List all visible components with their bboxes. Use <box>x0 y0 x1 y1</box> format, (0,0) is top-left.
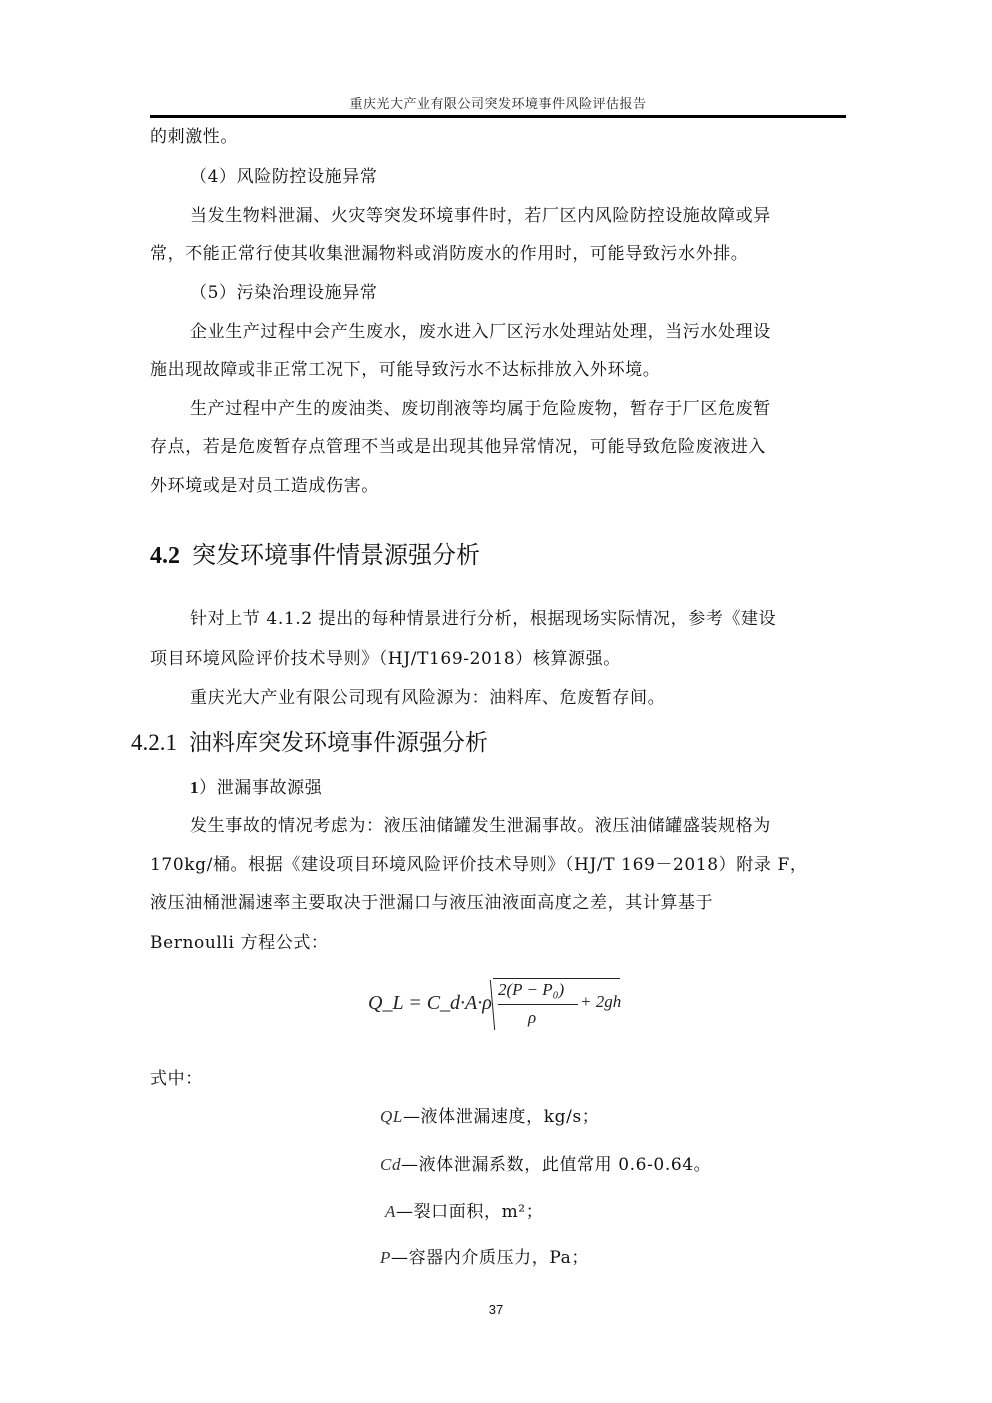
formula-tail: + 2gh <box>580 992 621 1012</box>
section-number: 4.2 <box>150 543 180 569</box>
sqrt-bar <box>493 978 620 979</box>
definition-text: —液体泄漏系数，此值常用 0.6-0.64。 <box>401 1155 711 1175</box>
item-5-paragraph1-line2: 施出现故障或非正常工况下，可能导致污水不达标排放入外环境。 <box>150 355 660 380</box>
section-title: 突发环境事件情景源强分析 <box>192 541 480 569</box>
fraction-bar <box>498 1004 578 1005</box>
subsection-title: 油料库突发环境事件源强分析 <box>189 730 488 756</box>
formula-lhs: Q_L = C_d·A·ρ <box>368 992 492 1015</box>
definition-Cd: Cd—液体泄漏系数，此值常用 0.6-0.64。 <box>380 1150 711 1175</box>
sub-item-label: ）泄漏事故源强 <box>199 778 322 798</box>
sub-item-number: 1 <box>190 778 199 797</box>
item-4-paragraph-line1: 当发生物料泄漏、火灾等突发环境事件时，若厂区内风险防控设施故障或异 <box>190 201 771 226</box>
definition-symbol: P <box>380 1248 391 1267</box>
page-number: 37 <box>0 1302 992 1317</box>
item-5-title: （5）污染治理设施异常 <box>190 278 377 303</box>
definition-QL: QL—液体泄漏速度，kg/s； <box>380 1102 599 1127</box>
section-4-2-paragraph2: 重庆光大产业有限公司现有风险源为：油料库、危废暂存间。 <box>190 683 665 708</box>
definition-symbol: A <box>385 1202 396 1221</box>
subsection-number: 4.2.1 <box>131 730 177 755</box>
item-5-paragraph2-line2: 存点，若是危废暂存点管理不当或是出现其他异常情况，可能导致危险废液进入 <box>150 432 766 457</box>
item-4-paragraph-line2: 常，不能正常行使其收集泄漏物料或消防废水的作用时，可能导致污水外排。 <box>150 239 748 264</box>
definition-A: A—裂口面积，m²； <box>385 1197 543 1222</box>
item-5-paragraph2-line3: 外环境或是对员工造成伤害。 <box>150 471 379 496</box>
definition-symbol: QL <box>380 1107 403 1126</box>
leak-paragraph-line4: Bernoulli 方程公式： <box>150 928 329 953</box>
formula-numerator: 2(P − P₀) <box>498 980 564 1000</box>
definition-text: —容器内介质压力，Pa； <box>391 1248 589 1268</box>
item-5-paragraph2-line1: 生产过程中产生的废油类、废切削液等均属于危险废物，暂存于厂区危废暂 <box>190 394 771 419</box>
paragraph-continuation: 的刺激性。 <box>150 122 238 147</box>
where-label: 式中： <box>150 1064 203 1089</box>
definition-P: P—容器内介质压力，Pa； <box>380 1243 589 1268</box>
leak-paragraph-line3: 液压油桶泄漏速率主要取决于泄漏口与液压油液面高度之差，其计算基于 <box>150 888 713 913</box>
section-heading-4-2-1: 4.2.1油料库突发环境事件源强分析 <box>131 724 488 757</box>
definition-text: —液体泄漏速度，kg/s； <box>403 1107 599 1127</box>
section-4-2-paragraph1-line1: 针对上节 4.1.2 提出的每种情景进行分析，根据现场实际情况，参考《建设 <box>190 604 776 629</box>
item-4-title: （4）风险防控设施异常 <box>190 162 377 187</box>
bernoulli-formula: Q_L = C_d·A·ρ 2(P − P₀) ρ + 2gh <box>368 972 623 1042</box>
section-4-2-paragraph1-line2: 项目环境风险评价技术导则》（HJ/T169-2018）核算源强。 <box>150 644 621 669</box>
section-heading-4-2: 4.2突发环境事件情景源强分析 <box>150 535 480 570</box>
formula-denominator: ρ <box>528 1008 536 1028</box>
item-5-paragraph1-line1: 企业生产过程中会产生废水，废水进入厂区污水处理站处理，当污水处理设 <box>190 317 771 342</box>
header-rule <box>150 115 846 118</box>
running-header: 重庆光大产业有限公司突发环境事件风险评估报告 <box>150 93 846 112</box>
definition-symbol: Cd <box>380 1155 401 1174</box>
definition-text: —裂口面积，m²； <box>396 1202 543 1222</box>
sub-item-1-title: 1）泄漏事故源强 <box>190 773 322 798</box>
leak-paragraph-line1: 发生事故的情况考虑为：液压油储罐发生泄漏事故。液压油储罐盛装规格为 <box>190 811 771 836</box>
leak-paragraph-line2: 170kg/桶。根据《建设项目环境风险评价技术导则》（HJ/T 169－2018… <box>150 850 807 875</box>
